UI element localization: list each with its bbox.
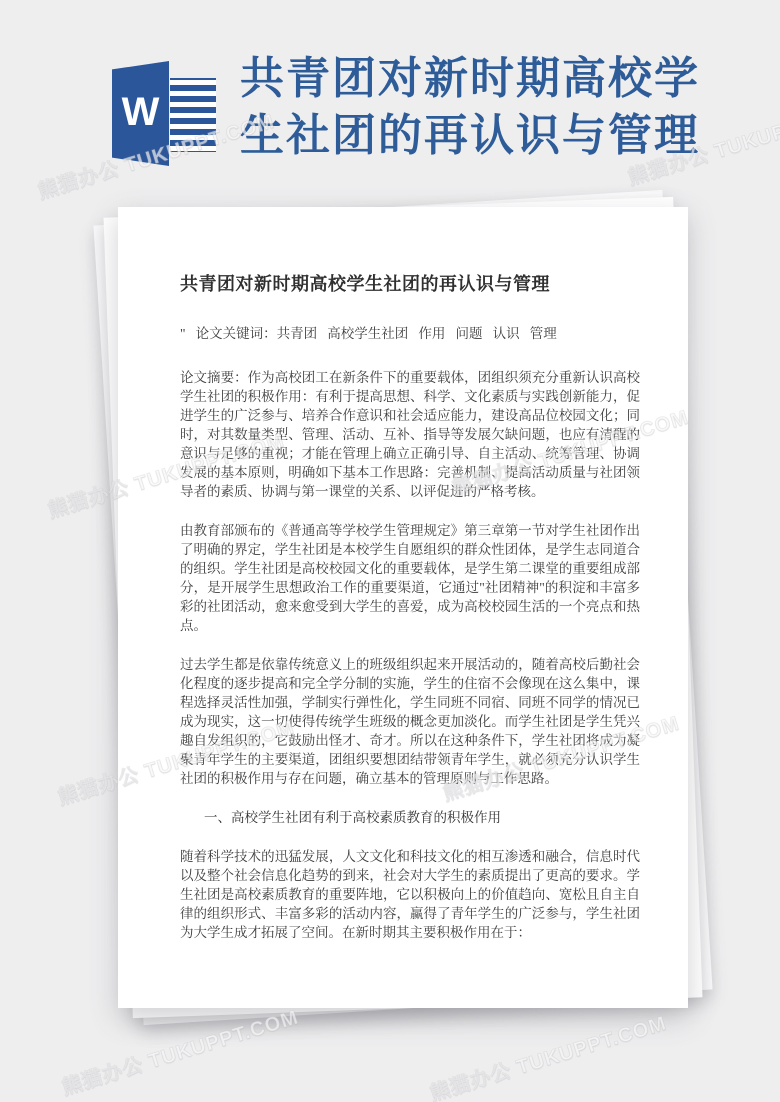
section-heading: 一、高校学生社团有利于高校素质教育的积极作用 xyxy=(180,808,640,827)
word-icon-panel: W xyxy=(112,61,169,166)
keywords-line: " 论文关键词：共青团 高校学生社团 作用 问题 认识 管理 xyxy=(180,324,640,343)
header-title-line2: 生社团的再认识与管理 xyxy=(240,107,720,164)
body-paragraph: 过去学生都是依靠传统意义上的班级组织起来开展活动的，随着高校后勤社会化程度的逐步… xyxy=(180,655,640,788)
word-icon-lined-sheet xyxy=(165,74,221,156)
preview-header-title: 共青团对新时期高校学 生社团的再认识与管理 xyxy=(240,50,720,164)
watermark: 熊猫办公 TUKUPPT.COM xyxy=(426,1007,670,1102)
header-title-line1: 共青团对新时期高校学 xyxy=(240,50,720,107)
document-preview-stage: W 共青团对新时期高校学 生社团的再认识与管理 共青团对新时期高校学生社团的再认… xyxy=(0,0,780,1102)
word-icon-letter: W xyxy=(122,92,160,136)
body-paragraph: 由教育部颁布的《普通高等学校学生管理规定》第三章第一节对学生社团作出了明确的界定… xyxy=(180,521,640,635)
document-page: 共青团对新时期高校学生社团的再认识与管理 " 论文关键词：共青团 高校学生社团 … xyxy=(118,207,688,1008)
abstract-paragraph: 论文摘要：作为高校团工在新条件下的重要载体，团组织须充分重新认识高校学生社团的积… xyxy=(180,368,640,501)
document-title: 共青团对新时期高校学生社团的再认识与管理 xyxy=(180,271,640,297)
body-paragraph: 随着科学技术的迅猛发展，人文文化和科技文化的相互渗透和融合，信息时代以及整个社会… xyxy=(180,847,640,942)
word-file-icon: W xyxy=(112,58,212,170)
